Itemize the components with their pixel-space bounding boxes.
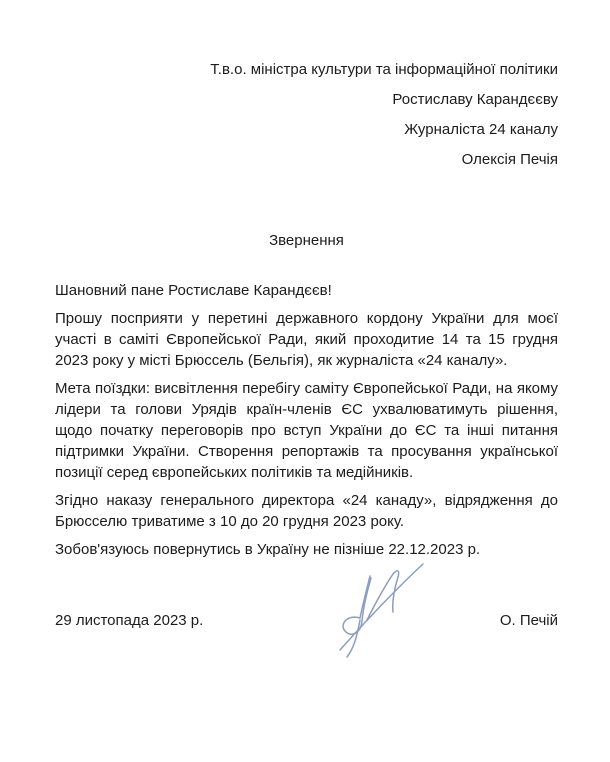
recipient-line-name: Ростиславу Карандєєву [55,85,558,115]
paragraph-director-order: Згідно наказу генерального директора «24… [55,490,558,532]
sender-line-role: Журналіста 24 каналу [55,115,558,145]
document-title: Звернення [55,230,558,251]
paragraph-trip-purpose: Мета поїздки: висвітлення перебігу саміт… [55,378,558,483]
recipient-line-position: Т.в.о. міністра культури та інформаційно… [55,55,558,85]
signature-row: 29 листопада 2023 р. О. Печій [55,610,558,631]
signatory-name: О. Печій [500,610,558,631]
document-page: Т.в.о. міністра культури та інформаційно… [0,0,610,762]
paragraph-return-commitment: Зобов'язуюсь повернутись в Україну не пі… [55,539,558,560]
paragraph-border-crossing-request: Прошу посприяти у перетині державного ко… [55,308,558,371]
greeting-line: Шановний пане Ростиславе Карандєєв! [55,280,558,301]
document-content: Т.в.о. міністра культури та інформаційно… [0,0,610,631]
document-date: 29 листопада 2023 р. [55,610,203,631]
sender-line-name: Олексія Печія [55,145,558,175]
recipient-block: Т.в.о. міністра культури та інформаційно… [55,55,558,175]
